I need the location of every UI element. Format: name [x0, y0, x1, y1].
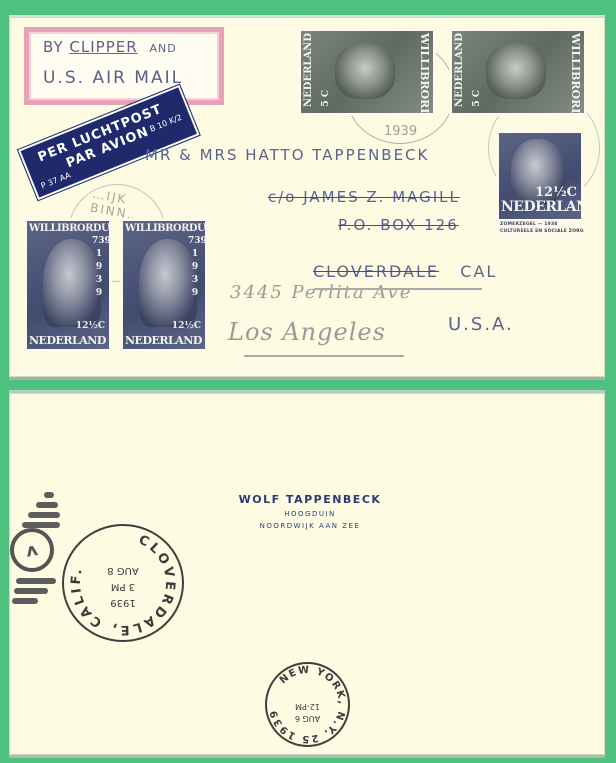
stamp-caption-2: CULTUREELE EN SOCIALE ZORG — [500, 229, 584, 234]
address-city-struck: CLOVERDALE — [313, 262, 439, 281]
letterhead-line-3: NOORDWIJK AAN ZEE — [222, 522, 398, 530]
stamp-name: WILLIBRORDUS — [418, 33, 431, 113]
stamp-value: 12½C — [172, 321, 201, 331]
duplex-cancel: ᴧ — [10, 492, 60, 612]
stamp-portrait — [335, 43, 395, 99]
stamp-willibrordus-12-5c-1: WILLIBRORDUS 739 1 9 3 9 12½C NEDERLAND — [24, 218, 112, 352]
pencil-underline-2 — [244, 355, 404, 357]
address-care-of: c/o JAMES Z. MAGILL — [268, 188, 460, 206]
postmark-date: AUG 6 — [267, 713, 348, 723]
pencil-underline-1 — [314, 288, 482, 290]
stamp-country: NEDERLAND — [303, 33, 314, 107]
stamp-value: 12½C — [76, 321, 105, 331]
stamp-willibrordus-12-5c-2: WILLIBRORDUS 739 1 9 3 9 12½C NEDERLAND — [120, 218, 208, 352]
stamp-willibrordus-5c-1: WILLIBRORDUS NEDERLAND 5 C — [298, 28, 436, 116]
forward-address-city: Los Angeles — [228, 318, 386, 346]
stamp-summer-12-5c: 12½C NEDERLAND ZOMERZEGEL — 1938 CULTURE… — [496, 130, 584, 244]
postmark-date: AUG 8 — [64, 564, 182, 576]
stamp-willibrordus-5c-2: WILLIBRORDUS NEDERLAND 5 C — [449, 28, 587, 116]
clipper-by: BY — [43, 38, 64, 56]
postmark-cloverdale: CLOVERDALE, CALIF. 1939 3 PM AUG 8 — [62, 524, 184, 642]
letterhead-line-2: HOOGDUIN — [222, 510, 398, 518]
forward-address-street: 3445 Perlita Ave — [230, 282, 412, 303]
address-state: CAL — [460, 262, 497, 281]
stamp-name: WILLIBRORDUS — [125, 223, 205, 234]
stamp-value: 5 C — [472, 90, 482, 107]
letterhead-name: WOLF TAPPENBECK — [222, 493, 398, 506]
postmark-time: 3 PM — [64, 580, 182, 592]
stamp-country: NEDERLAND — [29, 334, 106, 347]
airmail-code-left: P 37 AA — [40, 171, 72, 191]
stamp-name: WILLIBRORDUS — [569, 33, 582, 113]
clipper-line-1: BY CLIPPER AND — [43, 38, 177, 56]
stamp-country: NEDERLAND — [125, 334, 202, 347]
address-country: U.S.A. — [448, 314, 514, 335]
stamp-country: NEDERLAND — [454, 33, 465, 107]
address-city-line: CLOVERDALE CAL — [313, 262, 497, 281]
postmark-year: 1939 — [64, 596, 182, 608]
stamp-name: WILLIBRORDUS — [29, 223, 109, 234]
postmark-new-york: NEW YORK, N.Y. 25 1939 AUG 6 12-PM — [265, 662, 350, 747]
cancel-ring-icon: ᴧ — [10, 528, 54, 572]
postmark-time: 12-PM — [267, 701, 348, 711]
clipper-airmail-box: BY CLIPPER AND U.S. AIR MAIL — [24, 27, 224, 105]
address-recipient: MR & MRS HATTO TAPPENBECK — [145, 146, 429, 164]
clipper-word: CLIPPER — [69, 38, 137, 56]
stamp-value: 12½C — [535, 185, 577, 200]
stamp-years: 739 1 9 3 9 — [188, 235, 202, 300]
clipper-and: AND — [149, 42, 176, 55]
address-po-box: P.O. BOX 126 — [338, 216, 459, 234]
stamp-portrait — [486, 43, 546, 99]
clipper-line-2: U.S. AIR MAIL — [43, 68, 183, 88]
stamp-country: NEDERLAND — [501, 199, 581, 215]
stamp-years: 739 1 9 3 9 — [92, 235, 106, 300]
stamp-value: 5 C — [321, 90, 331, 107]
stamp-caption-1: ZOMERZEGEL — 1938 — [500, 222, 558, 227]
postmark-year: 1939 — [384, 124, 417, 139]
